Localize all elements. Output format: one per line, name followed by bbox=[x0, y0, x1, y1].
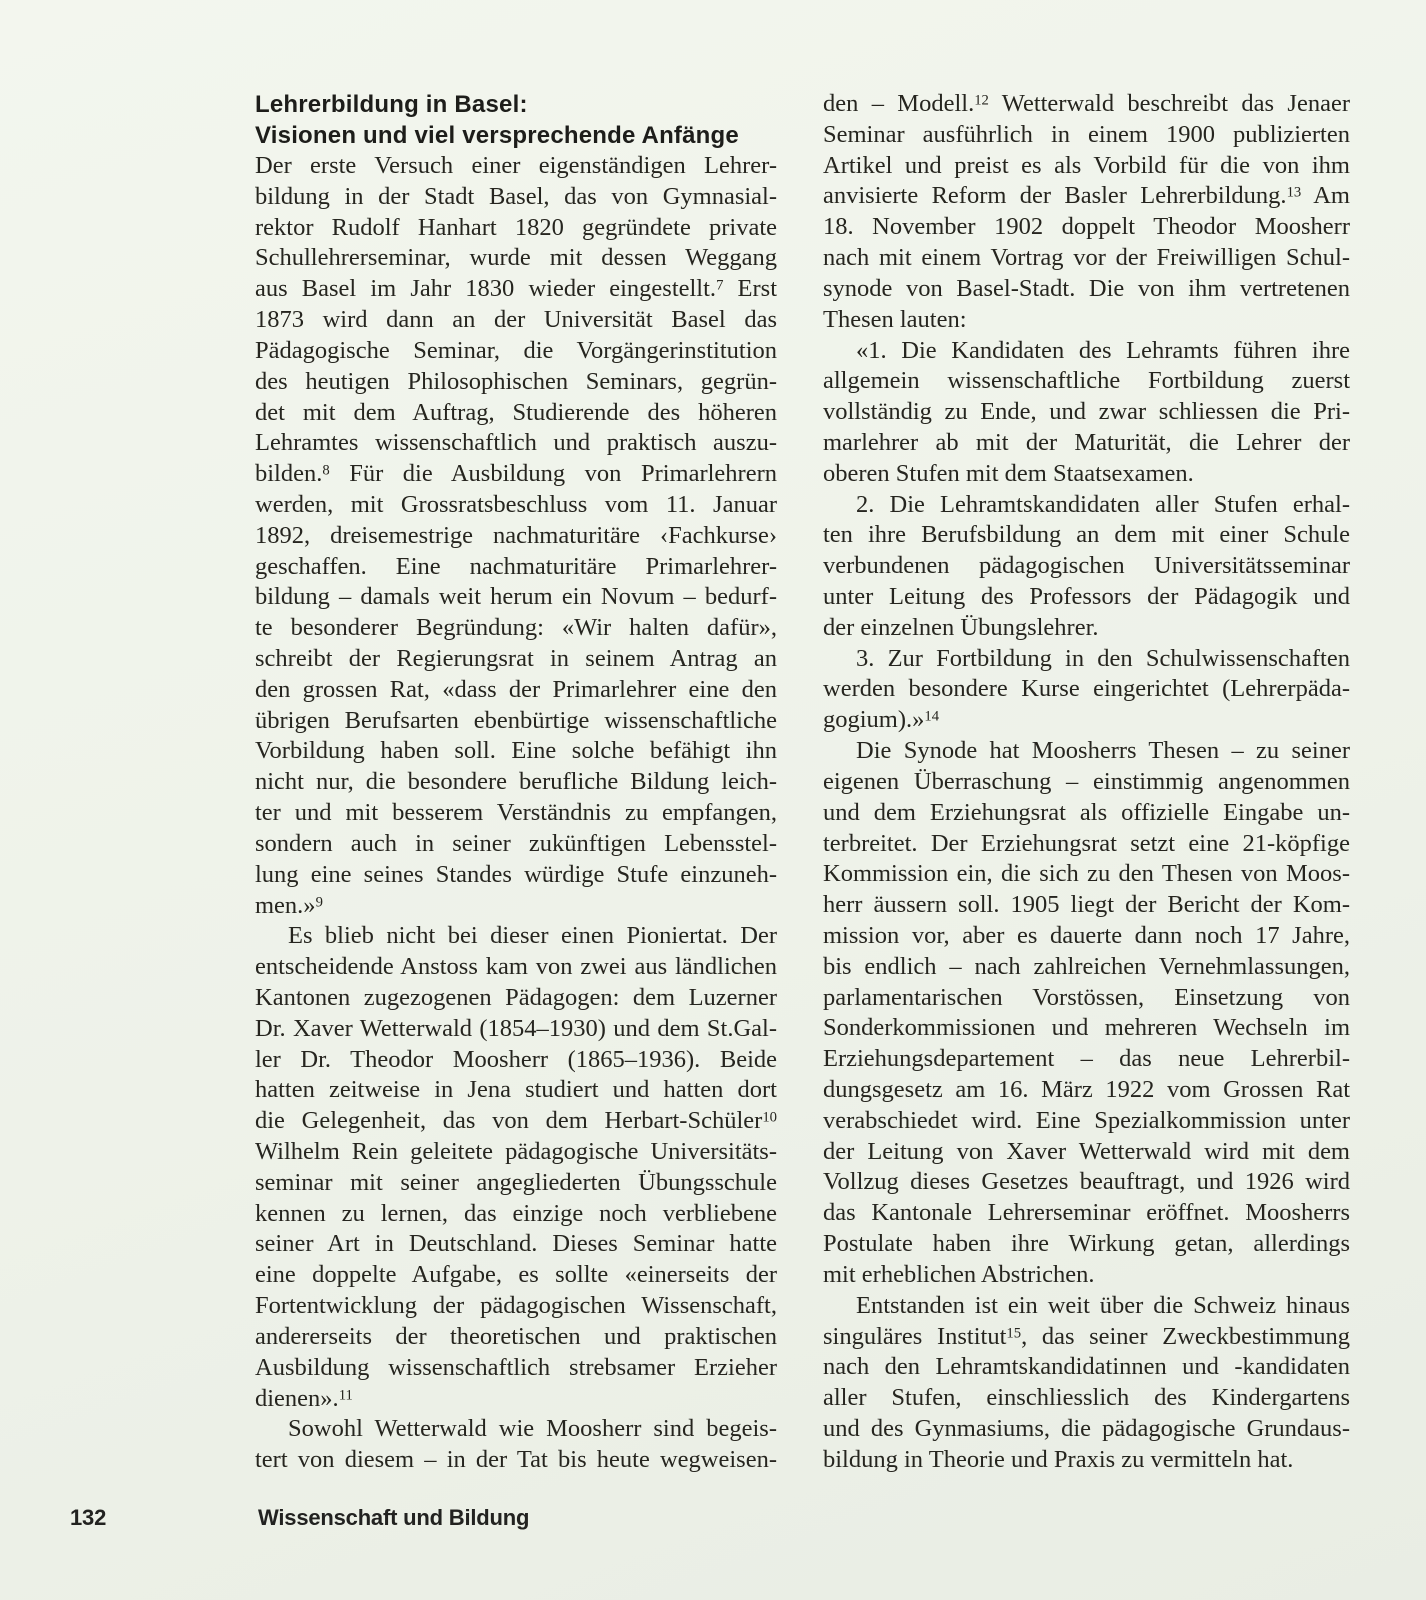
text-column-left: Lehrerbildung in Basel:Visionen und viel… bbox=[255, 89, 777, 1476]
text-line: verabschiedet wird. Eine Spezialkommissi… bbox=[823, 1106, 1350, 1137]
text-line: bilden.8 Für die Ausbildung von Primarle… bbox=[255, 459, 777, 490]
text-line: die Gelegenheit, das von dem Herbart-Sch… bbox=[255, 1106, 777, 1137]
footnote-reference: 12 bbox=[974, 92, 989, 108]
text-line: Fortentwicklung der pädagogischen Wissen… bbox=[255, 1291, 777, 1322]
text-line: det mit dem Auftrag, Studierende des höh… bbox=[255, 398, 777, 429]
text-line: nicht nur, die besondere berufliche Bild… bbox=[255, 767, 777, 798]
text-line: herr äussern soll. 1905 liegt der Berich… bbox=[823, 890, 1350, 921]
text-line: Vollzug dieses Gesetzes beauftragt, und … bbox=[823, 1167, 1350, 1198]
footnote-reference: 14 bbox=[924, 709, 939, 725]
text-line: Erziehungsdepartement – das neue Lehrerb… bbox=[823, 1044, 1350, 1075]
text-line: andererseits der theoretischen und prakt… bbox=[255, 1322, 777, 1353]
text-line: terbreitet. Der Erziehungsrat setzt eine… bbox=[823, 829, 1350, 860]
text-line: te besonderer Begründung: «Wir halten da… bbox=[255, 613, 777, 644]
text-line: Kommission ein, die sich zu den Thesen v… bbox=[823, 859, 1350, 890]
text-line: Schullehrerseminar, wurde mit dessen Weg… bbox=[255, 243, 777, 274]
text-line: 2. Die Lehramtskandidaten aller Stufen e… bbox=[823, 490, 1350, 521]
text-line: und des Gynmasiums, die pädagogische Gru… bbox=[823, 1414, 1350, 1445]
text-line: der Leitung von Xaver Wetterwald wird mi… bbox=[823, 1137, 1350, 1168]
footnote-reference: 15 bbox=[1006, 1325, 1021, 1341]
text-line: sondern auch in seiner zukünftigen Leben… bbox=[255, 829, 777, 860]
text-line: bildung in Theorie und Praxis zu vermitt… bbox=[823, 1445, 1350, 1476]
text-line: synode von Basel-Stadt. Die von ihm vert… bbox=[823, 274, 1350, 305]
text-line: Dr. Xaver Wetterwald (1854–1930) und dem… bbox=[255, 1014, 777, 1045]
text-line: mission vor, aber es dauerte dann noch 1… bbox=[823, 921, 1350, 952]
text-line: bildung – damals weit herum ein Novum – … bbox=[255, 582, 777, 613]
text-line: kennen zu lernen, das einzige noch verbl… bbox=[255, 1199, 777, 1230]
text-line: Entstanden ist ein weit über die Schweiz… bbox=[823, 1291, 1350, 1322]
text-line: Postulate haben ihre Wirkung getan, alle… bbox=[823, 1229, 1350, 1260]
footnote-reference: 13 bbox=[1287, 185, 1302, 201]
text-line: Kantonen zugezogenen Pädagogen: dem Luze… bbox=[255, 983, 777, 1014]
text-line: gogium).»14 bbox=[823, 705, 1350, 736]
text-line: oberen Stufen mit dem Staatsexamen. bbox=[823, 459, 1350, 490]
text-line: Pädagogische Seminar, die Vorgängerinsti… bbox=[255, 336, 777, 367]
text-line: ler Dr. Theodor Moosherr (1865–1936). Be… bbox=[255, 1045, 777, 1076]
text-line: der einzelnen Übungslehrer. bbox=[823, 613, 1350, 644]
text-line: entscheidende Anstoss kam von zwei aus l… bbox=[255, 952, 777, 983]
book-page: Lehrerbildung in Basel:Visionen und viel… bbox=[0, 0, 1426, 1600]
text-line: Sonderkommissionen und mehreren Wechseln… bbox=[823, 1013, 1350, 1044]
text-line: hatten zeitweise in Jena studiert und ha… bbox=[255, 1075, 777, 1106]
text-line: dungsgesetz am 16. März 1922 vom Grossen… bbox=[823, 1075, 1350, 1106]
text-line: Seminar ausführlich in einem 1900 publiz… bbox=[823, 120, 1350, 151]
text-line: dienen».11 bbox=[255, 1384, 777, 1415]
text-line: Ausbildung wissenschaftlich strebsamer E… bbox=[255, 1353, 777, 1384]
text-line: 1873 wird dann an der Universität Basel … bbox=[255, 305, 777, 336]
footnote-reference: 9 bbox=[316, 894, 323, 910]
section-footer-title: Wissenschaft und Bildung bbox=[258, 1505, 529, 1531]
text-column-right: den – Modell.12 Wetterwald beschreibt da… bbox=[823, 89, 1350, 1476]
text-line: rektor Rudolf Hanhart 1820 gegründete pr… bbox=[255, 213, 777, 244]
text-line: men.»9 bbox=[255, 891, 777, 922]
text-line: Es blieb nicht bei dieser einen Pioniert… bbox=[255, 921, 777, 952]
text-line: des heutigen Philosophischen Seminars, g… bbox=[255, 367, 777, 398]
text-line: schreibt der Regierungsrat in seinem Ant… bbox=[255, 644, 777, 675]
text-line: bildung in der Stadt Basel, das von Gymn… bbox=[255, 182, 777, 213]
text-line: ten ihre Berufsbildung an dem mit einer … bbox=[823, 520, 1350, 551]
text-line: seminar mit seiner angegliederten Übungs… bbox=[255, 1168, 777, 1199]
text-line: aus Basel im Jahr 1830 wieder eingestell… bbox=[255, 274, 777, 305]
article-title-line: Visionen und viel versprechende Anfänge bbox=[255, 120, 777, 151]
footnote-reference: 7 bbox=[716, 278, 723, 294]
footnote-reference: 8 bbox=[322, 463, 329, 479]
text-line: vollständig zu Ende, und zwar schliessen… bbox=[823, 397, 1350, 428]
text-line: das Kantonale Lehrerseminar eröffnet. Mo… bbox=[823, 1198, 1350, 1229]
text-line: «1. Die Kandidaten des Lehramts führen i… bbox=[823, 336, 1350, 367]
text-line: Die Synode hat Moosherrs Thesen – zu sei… bbox=[823, 736, 1350, 767]
text-line: werden besondere Kurse eingerichtet (Leh… bbox=[823, 674, 1350, 705]
text-line: bis endlich – nach zahlreichen Vernehmla… bbox=[823, 952, 1350, 983]
footnote-reference: 11 bbox=[339, 1387, 353, 1403]
article-title-line: Lehrerbildung in Basel: bbox=[255, 89, 777, 120]
text-line: eigenen Überraschung – einstimmig angeno… bbox=[823, 767, 1350, 798]
text-line: singuläres Institut15, das seiner Zweckb… bbox=[823, 1322, 1350, 1353]
text-line: übrigen Berufsarten ebenbürtige wissensc… bbox=[255, 706, 777, 737]
text-line: den – Modell.12 Wetterwald beschreibt da… bbox=[823, 89, 1350, 120]
text-line: Vorbildung haben soll. Eine solche befäh… bbox=[255, 736, 777, 767]
text-line: geschaffen. Eine nachmaturitäre Primarle… bbox=[255, 552, 777, 583]
text-line: 18. November 1902 doppelt Theodor Mooshe… bbox=[823, 212, 1350, 243]
text-line: und dem Erziehungsrat als offizielle Ein… bbox=[823, 798, 1350, 829]
text-line: allgemein wissenschaftliche Fortbildung … bbox=[823, 366, 1350, 397]
text-line: nach den Lehramtskandidatinnen und -kand… bbox=[823, 1352, 1350, 1383]
text-line: lung eine seines Standes würdige Stufe e… bbox=[255, 860, 777, 891]
page-number: 132 bbox=[70, 1505, 106, 1531]
text-line: mit erheblichen Abstrichen. bbox=[823, 1260, 1350, 1291]
text-line: Wilhelm Rein geleitete pädagogische Univ… bbox=[255, 1137, 777, 1168]
text-line: 3. Zur Fortbildung in den Schulwissensch… bbox=[823, 644, 1350, 675]
text-line: aller Stufen, einschliesslich des Kinder… bbox=[823, 1383, 1350, 1414]
text-line: marlehrer ab mit der Maturität, die Lehr… bbox=[823, 428, 1350, 459]
text-line: Sowohl Wetterwald wie Moosherr sind bege… bbox=[255, 1414, 777, 1445]
text-line: 1892, dreisemestrige nachmaturitäre ‹Fac… bbox=[255, 521, 777, 552]
text-line: Lehramtes wissenschaftlich und praktisch… bbox=[255, 428, 777, 459]
text-line: parlamentarischen Vorstössen, Einsetzung… bbox=[823, 983, 1350, 1014]
text-line: werden, mit Grossratsbeschluss vom 11. J… bbox=[255, 490, 777, 521]
text-line: Artikel und preist es als Vorbild für di… bbox=[823, 151, 1350, 182]
text-line: tert von diesem – in der Tat bis heute w… bbox=[255, 1445, 777, 1476]
text-line: eine doppelte Aufgabe, es sollte «einers… bbox=[255, 1260, 777, 1291]
text-line: den grossen Rat, «dass der Primarlehrer … bbox=[255, 675, 777, 706]
text-line: unter Leitung des Professors der Pädagog… bbox=[823, 582, 1350, 613]
text-line: nach mit einem Vortrag vor der Freiwilli… bbox=[823, 243, 1350, 274]
text-line: verbundenen pädagogischen Universitätsse… bbox=[823, 551, 1350, 582]
text-line: ter und mit besserem Verständnis zu empf… bbox=[255, 798, 777, 829]
text-line: Thesen lauten: bbox=[823, 305, 1350, 336]
footnote-reference: 10 bbox=[762, 1110, 777, 1126]
text-line: seiner Art in Deutschland. Dieses Semina… bbox=[255, 1229, 777, 1260]
text-line: anvisierte Reform der Basler Lehrerbildu… bbox=[823, 181, 1350, 212]
text-line: Der erste Versuch einer eigenständigen L… bbox=[255, 151, 777, 182]
